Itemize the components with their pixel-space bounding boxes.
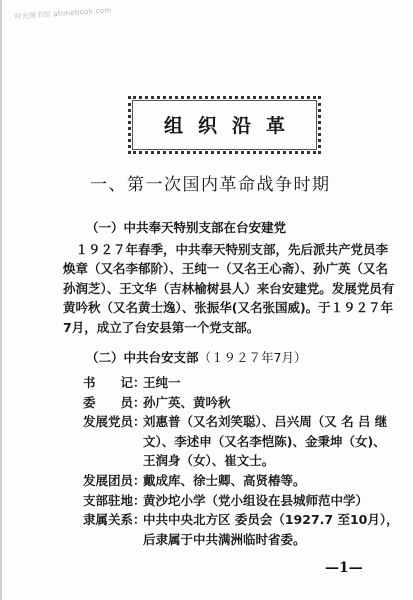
- info-value: 戴成库、徐士卿、高贤椿等。: [143, 471, 306, 489]
- info-label: 书 记：: [83, 373, 143, 391]
- info-continuation: 王润身（女）、崔文士。: [143, 451, 274, 469]
- subsection-2-heading: （二）中共台安支部（１９２７年7月）: [86, 348, 306, 366]
- subsection-2-heading-date: （１９２７年7月）: [199, 350, 307, 365]
- page-number: —1—: [325, 560, 363, 576]
- info-value: 刘惠普（又名刘笑聪）、吕兴周（又 名 吕 继: [143, 412, 387, 430]
- paragraph-line: 黄吟秋（又名黄士逸）、张振华(又名张国威)。于１９２７年: [63, 298, 353, 318]
- subsection-1-heading: （一）中共奉天特别支部在台安建党: [86, 218, 286, 236]
- info-label: 发展党员：: [83, 412, 143, 430]
- info-continuation: 后隶属于中共满洲临时省委。: [143, 530, 306, 548]
- section-heading: 一、第一次国内革命战争时期: [90, 170, 331, 195]
- info-value: 孙广英、黄吟秋: [143, 393, 231, 411]
- paragraph-line: 7月，成立了台安县第一个党支部。: [63, 318, 353, 338]
- info-value: 黄沙坨小学（党小组设在县城师范中学）: [143, 491, 368, 509]
- title-box: 组织沿革: [128, 96, 321, 154]
- info-value: 王纯一: [143, 373, 181, 391]
- watermark: 时光图书馆 atimebook.com: [14, 5, 112, 22]
- page-edge: [0, 0, 2, 600]
- info-label: 支部驻地：: [83, 491, 143, 509]
- paragraph-line: 孙润芝）、王文华（吉林榆树县人）来台安建党。发展党员有: [63, 279, 353, 299]
- info-row-league-members: 发展团员：戴成库、徐士卿、高贤椿等。: [83, 471, 306, 489]
- subsection-2-heading-title: （二）中共台安支部: [86, 350, 199, 365]
- info-row-affiliation: 隶属关系：中共中央北方区 委员会（1927.7 至10月），: [83, 510, 399, 528]
- page-title: 组织沿革: [131, 111, 318, 138]
- info-continuation: 文）、李述申（又名李恺陈)、金秉坤（女)、: [143, 432, 386, 450]
- info-label: 委 员：: [83, 393, 143, 411]
- info-label: 隶属关系：: [83, 510, 143, 528]
- paragraph-line: １９２７年春季，中共奉天特别支部，先后派共产党员李: [63, 240, 353, 260]
- paragraph-line: 焕章（又名李郁阶）、王纯一（又名王心斋）、孙广英（又名: [63, 259, 353, 279]
- info-row-committee: 委 员：孙广英、黄吟秋: [83, 393, 231, 411]
- info-row-members: 发展党员：刘惠普（又名刘笑聪）、吕兴周（又 名 吕 继: [83, 412, 387, 430]
- info-row-location: 支部驻地：黄沙坨小学（党小组设在县城师范中学）: [83, 491, 368, 509]
- info-row-secretary: 书 记：王纯一: [83, 373, 181, 391]
- info-label: 发展团员：: [83, 471, 143, 489]
- info-value: 中共中央北方区 委员会（1927.7 至10月），: [143, 510, 399, 528]
